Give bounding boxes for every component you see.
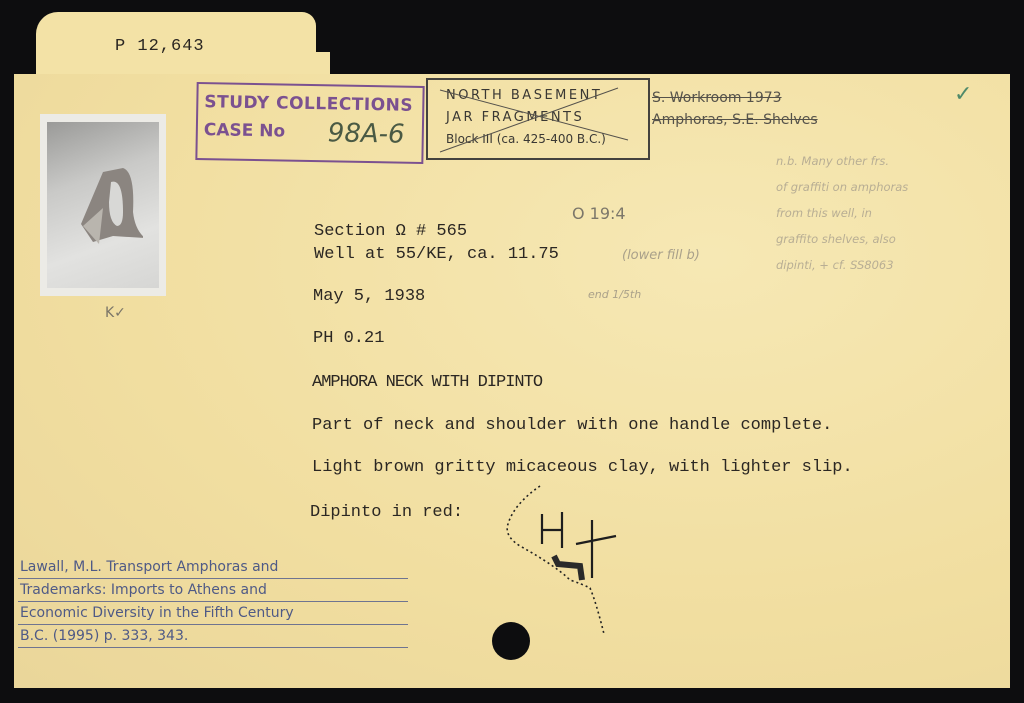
dipinto-label: Dipinto in red: — [310, 503, 463, 522]
date-line: May 5, 1938 — [313, 287, 425, 306]
catalog-number: P 12,643 — [115, 37, 205, 56]
dimension-line: PH 0.21 — [313, 329, 384, 348]
north-basement-stamp: NORTH BASEMENT JAR FRAGMENTS Block III (… — [426, 78, 650, 160]
photo-initial-mark: K✓ — [105, 305, 126, 321]
bibliography-reference: Lawall, M.L. Transport Amphoras and Trad… — [18, 556, 408, 648]
section-line: Section Ω # 565 — [314, 222, 467, 241]
date-note: end 1/5th — [588, 288, 641, 301]
description-line-1: Part of neck and shoulder with one handl… — [312, 416, 832, 435]
cross-out-mark — [428, 80, 648, 158]
dipinto-drawing-icon — [500, 484, 630, 644]
description-line-2: Light brown gritty micaceous clay, with … — [312, 458, 853, 477]
well-line: Well at 55/KE, ca. 11.75 — [314, 245, 559, 264]
deposit-code: O 19:4 — [572, 204, 626, 223]
punch-hole — [492, 622, 530, 660]
case-number: 98A-6 — [328, 118, 405, 149]
object-title: AMPHORA NECK WITH DIPINTO — [312, 373, 542, 392]
checkmark-icon: ✓ — [954, 82, 972, 107]
well-note: (lower fill b) — [622, 248, 700, 263]
location-shelves: Amphoras, S.E. Shelves — [652, 112, 818, 128]
pencil-note: n.b. Many other frs. of graffiti on amph… — [776, 148, 1006, 278]
amphora-sherd-icon — [73, 152, 143, 246]
location-workroom: S. Workroom 1973 — [652, 90, 782, 106]
study-collections-stamp: STUDY COLLECTIONS CASE No 98A-6 — [195, 82, 424, 164]
photo-image — [47, 122, 159, 288]
artifact-photo — [40, 114, 166, 296]
